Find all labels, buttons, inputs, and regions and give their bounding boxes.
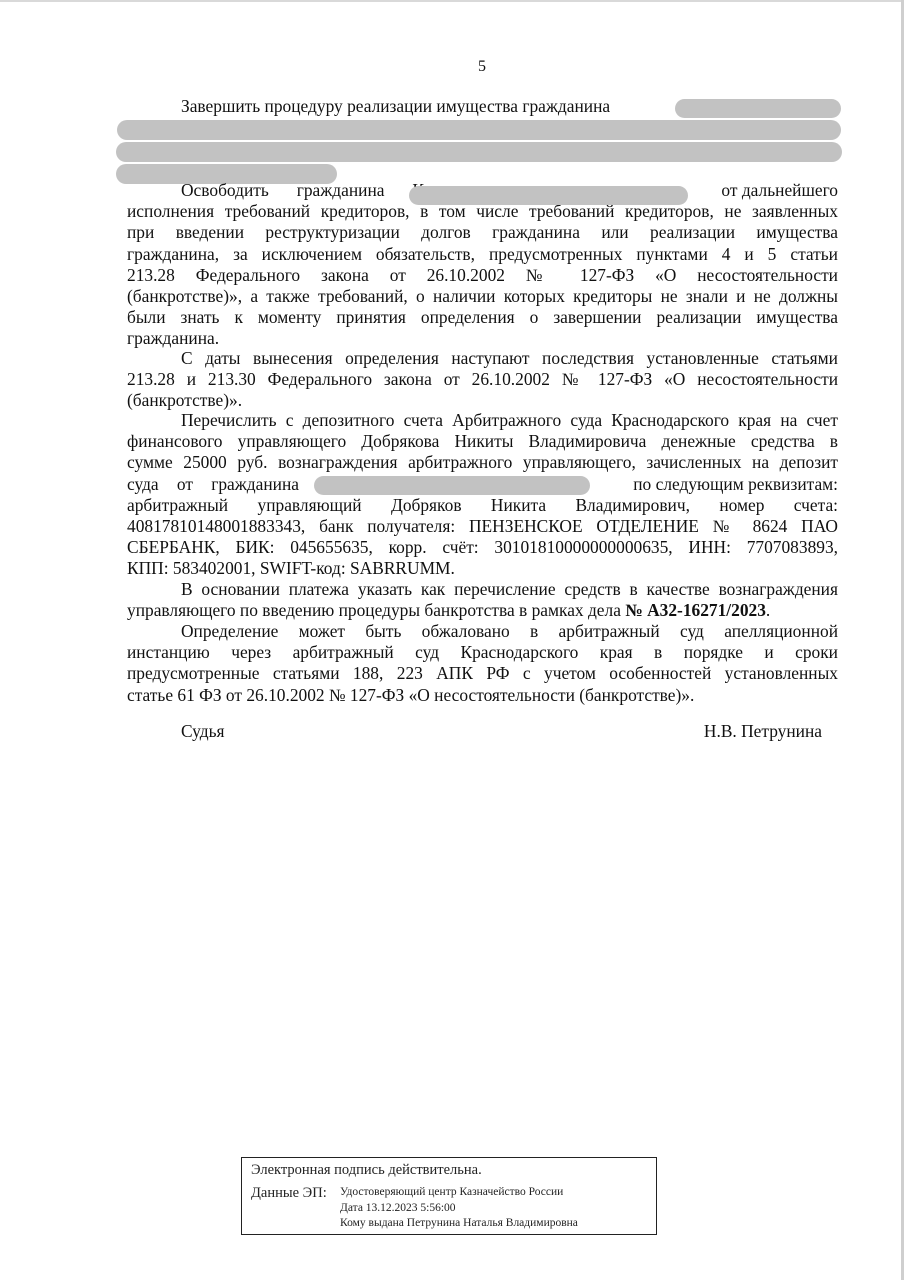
page-top-border — [0, 0, 904, 2]
esig-title: Электронная подпись действительна. — [251, 1161, 482, 1179]
paragraph-line: В основании платежа указать как перечисл… — [127, 579, 838, 600]
paragraph-line: инстанцию через арбитражный суд Краснода… — [127, 642, 838, 663]
paragraph-line: Определение может быть обжаловано в арби… — [127, 621, 838, 642]
paragraph-line: 40817810148001883343, банк получателя: П… — [127, 516, 838, 537]
paragraph-line: предусмотренные статьями 188, 223 АПК РФ… — [127, 663, 838, 684]
paragraph-line: гражданина. — [127, 328, 838, 349]
paragraph-release-citizen: Освободить гражданина К от дальнейшего и… — [127, 180, 838, 350]
esig-date: Дата 13.12.2023 5:56:00 — [340, 1201, 578, 1217]
esig-issued-to: Кому выдана Петрунина Наталья Владимиров… — [340, 1216, 578, 1232]
redaction-line-2 — [117, 120, 841, 140]
esig-label: Данные ЭП: — [251, 1184, 327, 1202]
paragraph-line: Перечислить с депозитного счета Арбитраж… — [127, 410, 838, 431]
paragraph-line: гражданина, за исключением обязательств,… — [127, 244, 838, 265]
paragraph-appeal: Определение может быть обжаловано в арби… — [127, 621, 838, 706]
paragraph-line: при введении реструктуризации долгов гра… — [127, 222, 838, 243]
electronic-signature-stamp: Электронная подпись действительна. Данны… — [241, 1157, 657, 1235]
paragraph-payment-basis: В основании платежа указать как перечисл… — [127, 579, 838, 621]
case-number: № А32-16271/2023 — [625, 600, 766, 620]
redaction-debtor-name-2 — [314, 476, 590, 495]
paragraph-line: статье 61 ФЗ от 26.10.2002 № 127-ФЗ «О н… — [127, 685, 838, 706]
paragraph-line: СБЕРБАНК, БИК: 045655635, корр. счёт: 30… — [127, 537, 838, 558]
page-number: 5 — [0, 57, 904, 77]
esig-details: Удостоверяющий центр Казначейство России… — [340, 1185, 578, 1232]
paragraph-line: управляющего по введению процедуры банкр… — [127, 600, 838, 621]
paragraph-line: были знать к моменту принятия определени… — [127, 307, 838, 328]
redaction-debtor-name — [409, 186, 688, 205]
paragraph-line: 213.28 и 213.30 Федерального закона от 2… — [127, 369, 838, 390]
judge-name: Н.В. Петрунина — [704, 721, 822, 742]
esig-issuer: Удостоверяющий центр Казначейство России — [340, 1185, 578, 1201]
paragraph-line: арбитражный управляющий Добряков Никита … — [127, 495, 838, 516]
paragraph-consequences: С даты вынесения определения наступают п… — [127, 348, 838, 412]
paragraph-line: КПП: 583402001, SWIFT-код: SABRRUMM. — [127, 558, 838, 579]
judge-role: Судья — [181, 721, 225, 742]
redaction-name — [675, 99, 841, 118]
paragraph-line: финансового управляющего Добрякова Никит… — [127, 431, 838, 452]
paragraph-line: (банкротстве)», а также требований, о на… — [127, 286, 838, 307]
paragraph-line: 213.28 Федерального закона от 26.10.2002… — [127, 265, 838, 286]
redaction-line-3 — [116, 142, 842, 162]
paragraph-line: Завершить процедуру реализации имущества… — [127, 96, 661, 117]
paragraph-line: (банкротстве)». — [127, 390, 838, 411]
paragraph-line: С даты вынесения определения наступают п… — [127, 348, 838, 369]
paragraph-line: сумме 25000 руб. вознаграждения арбитраж… — [127, 452, 838, 473]
